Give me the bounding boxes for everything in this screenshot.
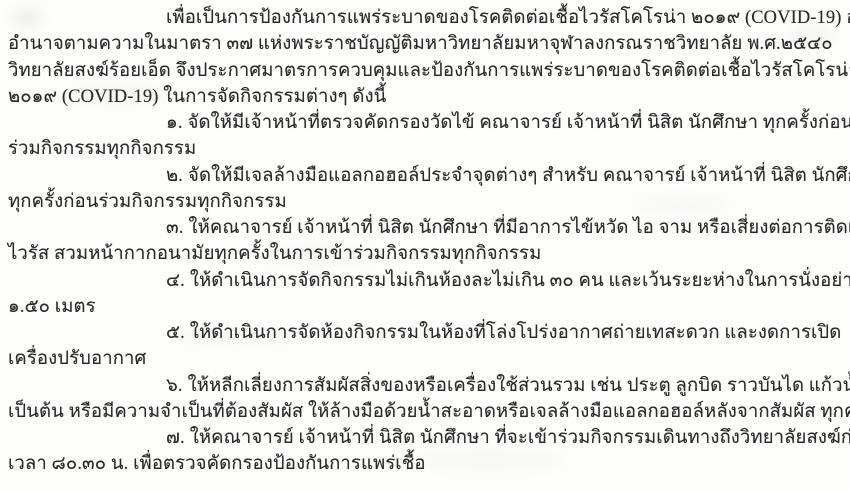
intro-line-text: อำนาจตามความในมาตรา ๓๗ แห่งพระราชบัญญัติ… bbox=[8, 34, 833, 54]
list-item: ๖.ให้หลีกเลี่ยงการสัมผัสสิ่งของหรือเครื่… bbox=[8, 373, 846, 399]
list-item-text: ทุกครั้งก่อนร่วมกิจกรรมทุกกิจกรรม bbox=[8, 192, 287, 212]
list-item: ๗.ให้คณาจารย์ เจ้าหน้าที่ นิสิต นักศึกษา… bbox=[8, 425, 846, 451]
list-item: ๕.ให้ดำเนินการจัดห้องกิจกรรมในห้องที่โล่… bbox=[8, 320, 846, 346]
item-number: ๖. bbox=[166, 376, 188, 396]
list-item-text: เครื่องปรับอากาศ bbox=[8, 349, 146, 369]
list-item-text: จัดให้มีเจ้าหน้าที่ตรวจคัดกรองวัดไข้ คณา… bbox=[188, 113, 850, 133]
text-block: เพื่อเป็นการป้องกันการแพร่ระบาดของโรคติด… bbox=[8, 5, 846, 478]
list-item-text: ให้คณาจารย์ เจ้าหน้าที่ นิสิต นักศึกษา ท… bbox=[190, 428, 850, 448]
list-item: ๒.จัดให้มีเจลล้างมือแอลกอฮอล์ประจำจุดต่า… bbox=[8, 163, 846, 189]
list-item-text: ให้ดำเนินการจัดกิจกรรมไม่เกินห้องละไม่เก… bbox=[190, 271, 850, 291]
item-number: ๕. bbox=[166, 323, 190, 343]
list-item: เครื่องปรับอากาศ bbox=[8, 346, 846, 372]
list-item: ทุกครั้งก่อนร่วมกิจกรรมทุกกิจกรรม bbox=[8, 189, 846, 215]
intro-line: อำนาจตามความในมาตรา ๓๗ แห่งพระราชบัญญัติ… bbox=[8, 31, 846, 57]
list-item-text: เป็นต้น หรือมีความจำเป็นที่ต้องสัมผัส ให… bbox=[8, 402, 850, 422]
item-number: ๔. bbox=[166, 271, 190, 291]
item-number: ๑. bbox=[166, 113, 188, 133]
list-item-text: ไวรัส สวมหน้ากากอนามัยทุกครั้งในการเข้าร… bbox=[8, 244, 541, 264]
item-number: ๓. bbox=[166, 218, 188, 238]
item-number: ๒. bbox=[166, 166, 188, 186]
list-item-text: ให้ดำเนินการจัดห้องกิจกรรมในห้องที่โล่งโ… bbox=[190, 323, 842, 343]
list-item: ๔.ให้ดำเนินการจัดกิจกรรมไม่เกินห้องละไม่… bbox=[8, 268, 846, 294]
intro-line-text: วิทยาลัยสงฆ์ร้อยเอ็ด จึงประกาศมาตรการควบ… bbox=[8, 61, 850, 81]
list-item: ๓.ให้คณาจารย์ เจ้าหน้าที่ นิสิต นักศึกษา… bbox=[8, 215, 846, 241]
intro-line: วิทยาลัยสงฆ์ร้อยเอ็ด จึงประกาศมาตรการควบ… bbox=[8, 58, 846, 84]
list-item: เวลา ๘๐.๓๐ น. เพื่อตรวจคัดกรองป้องกันการ… bbox=[8, 451, 846, 477]
list-item-text: ให้หลีกเลี่ยงการสัมผัสสิ่งของหรือเครื่อง… bbox=[188, 376, 850, 396]
list-item-text: ๑.๕๐ เมตร bbox=[8, 297, 96, 317]
intro-line: ๒๐๑๙ (COVID-19) ในการจัดกิจกรรมต่างๆ ดัง… bbox=[8, 84, 846, 110]
scanned-document-page: เพื่อเป็นการป้องกันการแพร่ระบาดของโรคติด… bbox=[0, 0, 850, 491]
list-item: ๑.๕๐ เมตร bbox=[8, 294, 846, 320]
list-item: ร่วมกิจกรรมทุกกิจกรรม bbox=[8, 136, 846, 162]
list-item: เป็นต้น หรือมีความจำเป็นที่ต้องสัมผัส ให… bbox=[8, 399, 846, 425]
intro-line: เพื่อเป็นการป้องกันการแพร่ระบาดของโรคติด… bbox=[8, 5, 846, 31]
item-number: ๗. bbox=[166, 428, 190, 448]
list-item-text: เวลา ๘๐.๓๐ น. เพื่อตรวจคัดกรองป้องกันการ… bbox=[8, 454, 426, 474]
intro-line-text: เพื่อเป็นการป้องกันการแพร่ระบาดของโรคติด… bbox=[166, 8, 850, 28]
list-item-text: ร่วมกิจกรรมทุกกิจกรรม bbox=[8, 139, 196, 159]
list-item-text: ให้คณาจารย์ เจ้าหน้าที่ นิสิต นักศึกษา ท… bbox=[188, 218, 850, 238]
list-item-text: จัดให้มีเจลล้างมือแอลกอฮอล์ประจำจุดต่างๆ… bbox=[188, 166, 850, 186]
intro-line-text: ๒๐๑๙ (COVID-19) ในการจัดกิจกรรมต่างๆ ดัง… bbox=[8, 87, 386, 107]
list-item: ๑.จัดให้มีเจ้าหน้าที่ตรวจคัดกรองวัดไข้ ค… bbox=[8, 110, 846, 136]
list-item: ไวรัส สวมหน้ากากอนามัยทุกครั้งในการเข้าร… bbox=[8, 241, 846, 267]
